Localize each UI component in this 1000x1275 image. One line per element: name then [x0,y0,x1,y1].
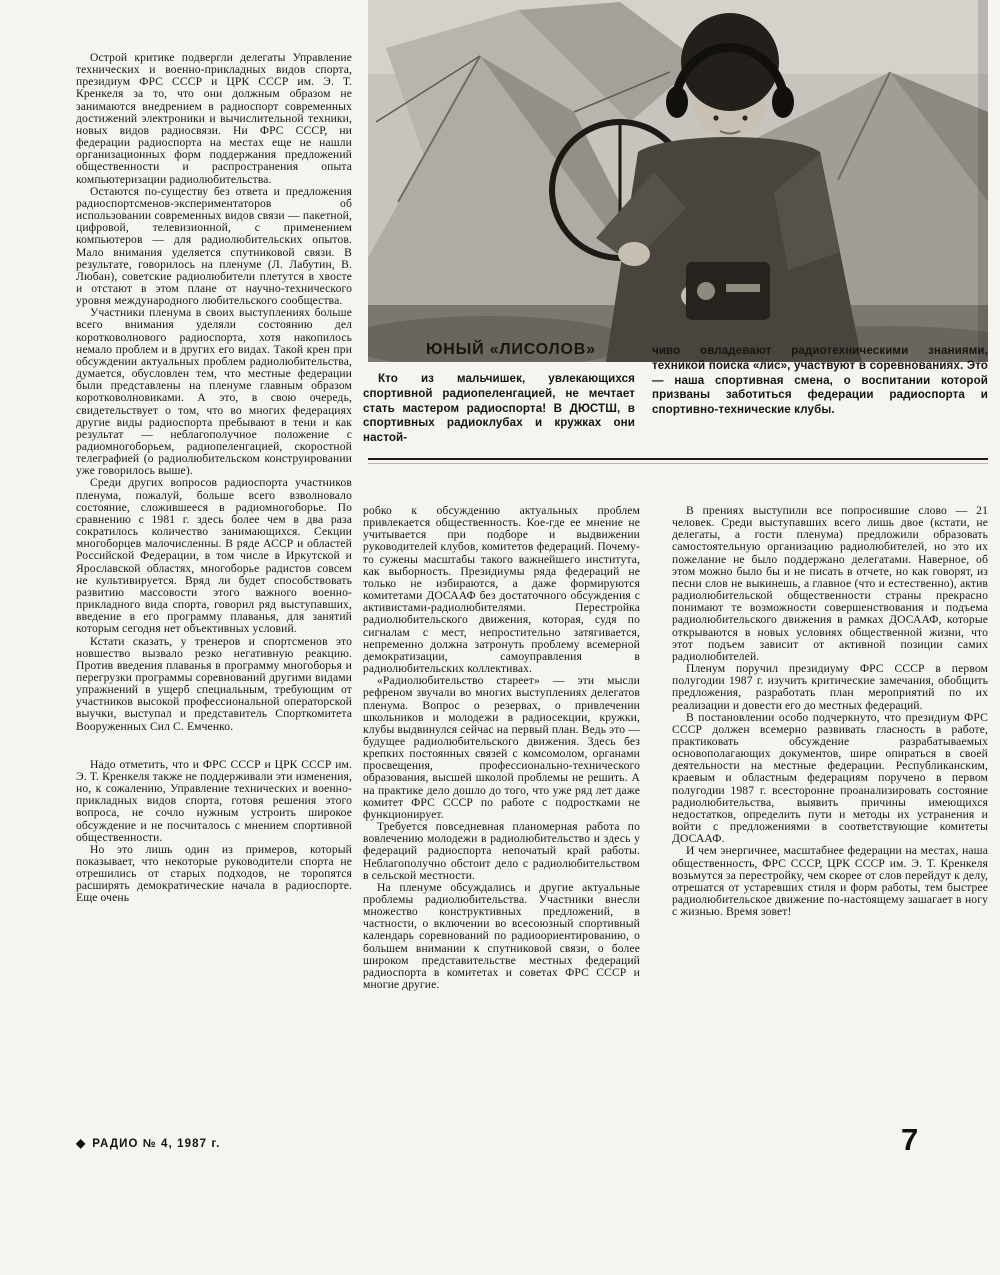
issue-label: РАДИО № 4, 1987 г. [92,1138,220,1150]
feature-lead-right: чиво овладевают радиотехническими знания… [652,344,988,418]
article-paragraph: Среди других вопросов радиоспорта участн… [76,477,352,635]
article-paragraph: Кстати сказать, у тренеров и спортсменов… [76,636,352,733]
article-paragraph: В постановлении особо подчеркнуто, что п… [672,712,988,846]
magazine-page-scan: Острой критике подвергли делегаты Управл… [0,0,1000,1275]
page-number: 7 [901,1122,918,1158]
article-paragraph: Требуется повседневная планомерная работ… [363,821,640,882]
photo-illustration [368,0,988,362]
article-paragraph: И чем энергичнее, масштабнее федерации н… [672,845,988,918]
article-paragraph: Но это лишь один из примеров, который по… [76,844,352,905]
article-paragraph: Острой критике подвергли делегаты Управл… [76,52,352,186]
section-divider-shadow [368,463,988,464]
photo-young-fox-hunter [368,0,988,362]
footer-issue-line: ◆РАДИО № 4, 1987 г. [76,1136,220,1150]
feature-title: ЮНЫЙ «ЛИСОЛОВ» [426,341,596,359]
article-paragraph: В прениях выступили все попросившие слов… [672,505,988,663]
diamond-icon: ◆ [76,1136,85,1150]
right-article-column: В прениях выступили все попросившие слов… [672,505,988,1121]
feature-lead-left: Кто из мальчишек, увлекающихся спортивно… [363,372,635,446]
receiver-box [686,262,770,320]
article-paragraph: На пленуме обсуждались и другие актуальн… [363,882,640,991]
section-divider [368,458,988,460]
article-paragraph: робко к обсуждению актуальных проблем пр… [363,505,640,675]
middle-article-column: робко к обсуждению актуальных проблем пр… [363,505,640,1119]
article-paragraph: Пленум поручил президиуму ФРС СССР в пер… [672,663,988,712]
article-paragraph: Надо отметить, что и ФРС СССР и ЦРК СССР… [76,759,352,844]
article-paragraph: «Радиолюбительство стареет» — эти мысли … [363,675,640,821]
left-article-column: Острой критике подвергли делегаты Управл… [76,52,352,1120]
article-paragraph: Участники пленума в своих выступлениях б… [76,307,352,477]
article-paragraph: Остаются по-существу без ответа и предло… [76,186,352,308]
